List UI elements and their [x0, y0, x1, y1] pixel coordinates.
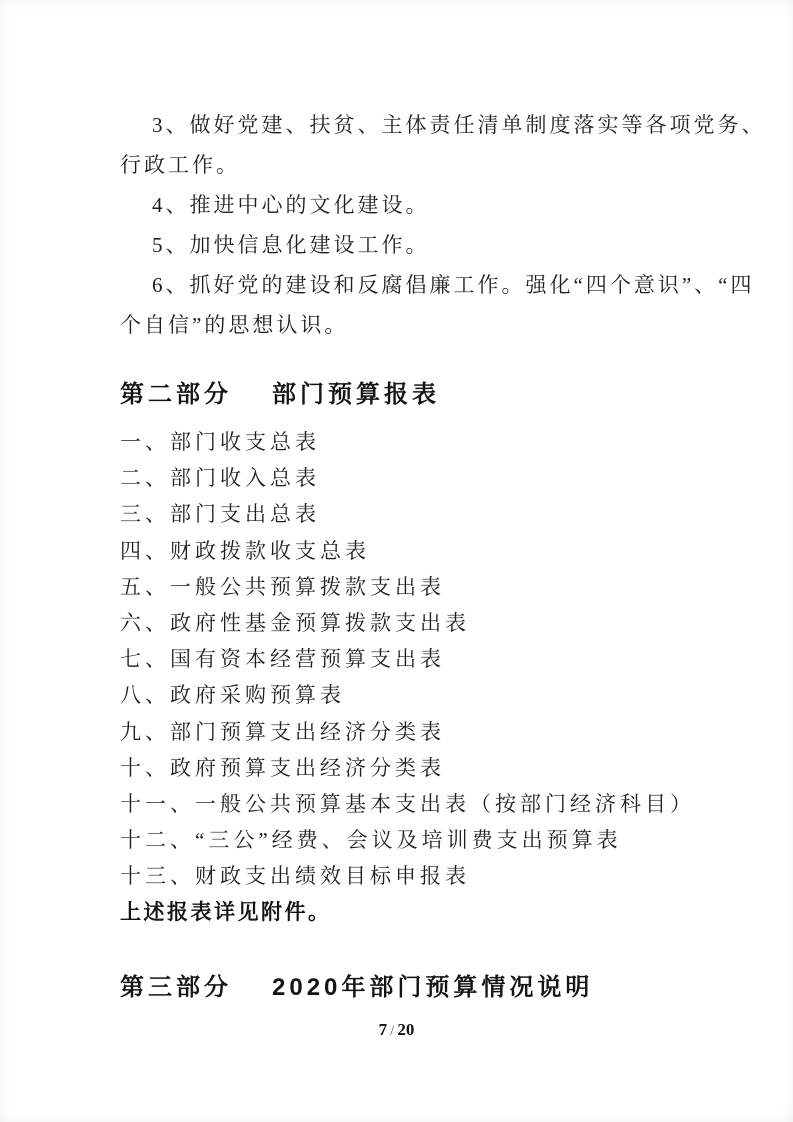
part2-heading: 第二部分部门预算报表 — [120, 379, 693, 411]
part2-heading-label: 第二部分 — [120, 381, 232, 408]
page-footer: 7/20 — [0, 1020, 793, 1041]
task-item-4: 4、推进中心的文化建设。 — [120, 185, 693, 225]
table-item-8: 八、政府采购预算表 — [120, 677, 693, 713]
table-item-10: 十、政府预算支出经济分类表 — [120, 750, 693, 786]
table-item-11: 十一、一般公共预算基本支出表（按部门经济科目） — [120, 786, 693, 822]
part3-heading: 第三部分2020年部门预算情况说明 — [120, 972, 693, 1004]
page-number-separator: / — [390, 1023, 394, 1039]
table-item-7: 七、国有资本经营预算支出表 — [120, 641, 693, 677]
attachment-note: 上述报表详见附件。 — [120, 895, 693, 931]
table-item-2: 二、部门收入总表 — [120, 460, 693, 496]
task-item-6-line1: 6、抓好党的建设和反腐倡廉工作。强化“四个意识”、“四 — [120, 265, 693, 305]
budget-tables-list: 一、部门收支总表 二、部门收入总表 三、部门支出总表 四、财政拨款收支总表 五、… — [120, 424, 693, 931]
work-tasks-section: 3、做好党建、扶贫、主体责任清单制度落实等各项党务、 行政工作。 4、推进中心的… — [120, 105, 693, 345]
part2-heading-title: 部门预算报表 — [272, 381, 440, 408]
page-content: 3、做好党建、扶贫、主体责任清单制度落实等各项党务、 行政工作。 4、推进中心的… — [120, 0, 693, 1004]
part3-heading-title: 2020年部门预算情况说明 — [272, 974, 593, 1001]
task-item-5: 5、加快信息化建设工作。 — [120, 225, 693, 265]
table-item-12: 十二、“三公”经费、会议及培训费支出预算表 — [120, 822, 693, 858]
table-item-9: 九、部门预算支出经济分类表 — [120, 714, 693, 750]
table-item-4: 四、财政拨款收支总表 — [120, 533, 693, 569]
part3-heading-label: 第三部分 — [120, 974, 232, 1001]
table-item-13: 十三、财政支出绩效目标申报表 — [120, 858, 693, 894]
page-number-current: 7 — [379, 1020, 388, 1039]
table-item-5: 五、一般公共预算拨款支出表 — [120, 569, 693, 605]
task-item-6-line2: 个自信”的思想认识。 — [120, 305, 693, 345]
table-item-1: 一、部门收支总表 — [120, 424, 693, 460]
page-number-total: 20 — [397, 1020, 414, 1039]
task-item-3-line1: 3、做好党建、扶贫、主体责任清单制度落实等各项党务、 — [120, 105, 693, 145]
document-page: 3、做好党建、扶贫、主体责任清单制度落实等各项党务、 行政工作。 4、推进中心的… — [0, 0, 793, 1122]
table-item-3: 三、部门支出总表 — [120, 496, 693, 532]
task-item-3-line2: 行政工作。 — [120, 145, 693, 185]
table-item-6: 六、政府性基金预算拨款支出表 — [120, 605, 693, 641]
